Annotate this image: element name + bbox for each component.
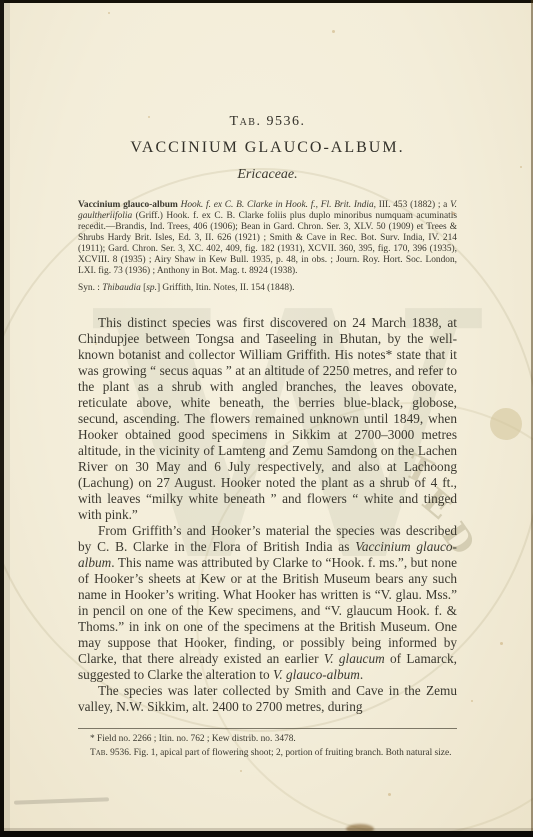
page-content: Tab. 9536. VACCINIUM GLAUCO-ALBUM. Erica…	[0, 0, 533, 759]
footnote-divider	[78, 728, 457, 729]
text-segment: III. 453 (1882) ; a	[376, 200, 450, 210]
foxing-spot	[388, 793, 391, 796]
family-name: Ericaceae.	[78, 167, 457, 183]
text-segment: Hook. f. ex C. B. Clarke in Hook. f., Fl…	[181, 200, 376, 210]
smudge-mark	[14, 797, 109, 804]
body-paragraph: The species was later collected by Smith…	[78, 683, 457, 715]
text-segment: . This name was attributed by Clarke to …	[78, 555, 457, 666]
text-segment: This distinct species was first discover…	[78, 315, 457, 522]
scan-edge-left-shade	[4, 0, 10, 837]
body-paragraph: From Griffith’s and Hooker’s material th…	[78, 523, 457, 683]
scan-edge-left	[0, 0, 4, 837]
plate-caption: Tab. 9536. Fig. 1, apical part of flower…	[78, 748, 457, 760]
text-segment: The species was later collected by Smith…	[78, 683, 457, 714]
field-note: * Field no. 2266 ; Itin. no. 762 ; Kew d…	[78, 734, 457, 746]
scan-edge-top	[0, 0, 533, 3]
text-segment: V. glaucum	[324, 651, 385, 666]
plate-number: Tab. 9536.	[78, 114, 457, 130]
text-segment: (Griff.) Hook. f. ex C. B. Clarke foliis…	[78, 211, 457, 276]
text-segment: sp.	[146, 283, 157, 293]
text-segment: Tab. 9536.	[90, 748, 131, 758]
text-segment: Syn. :	[78, 283, 102, 293]
text-segment: ] Griffith, Itin. Notes, II. 154 (1848).	[157, 283, 295, 293]
scanned-page: W T E D Tab. 9536. VACCINIUM GLAUCO-ALBU…	[0, 0, 533, 837]
text-segment: .	[360, 667, 363, 682]
foxing-spot	[240, 770, 242, 772]
scan-edge-bottom	[0, 831, 533, 837]
species-title: VACCINIUM GLAUCO-ALBUM.	[78, 139, 457, 157]
body-paragraph: This distinct species was first discover…	[78, 315, 457, 523]
text-segment: Vaccinium glauco-album	[78, 200, 181, 210]
text-segment: V. glauco-album	[273, 667, 360, 682]
citation-paragraph: Vaccinium glauco-album Hook. f. ex C. B.…	[78, 200, 457, 277]
text-segment: Fig. 1, apical part of flowering shoot; …	[131, 748, 451, 758]
synonym-line: Syn. : Thibaudia [sp.] Griffith, Itin. N…	[78, 283, 457, 294]
text-segment: Thibaudia	[102, 283, 141, 293]
